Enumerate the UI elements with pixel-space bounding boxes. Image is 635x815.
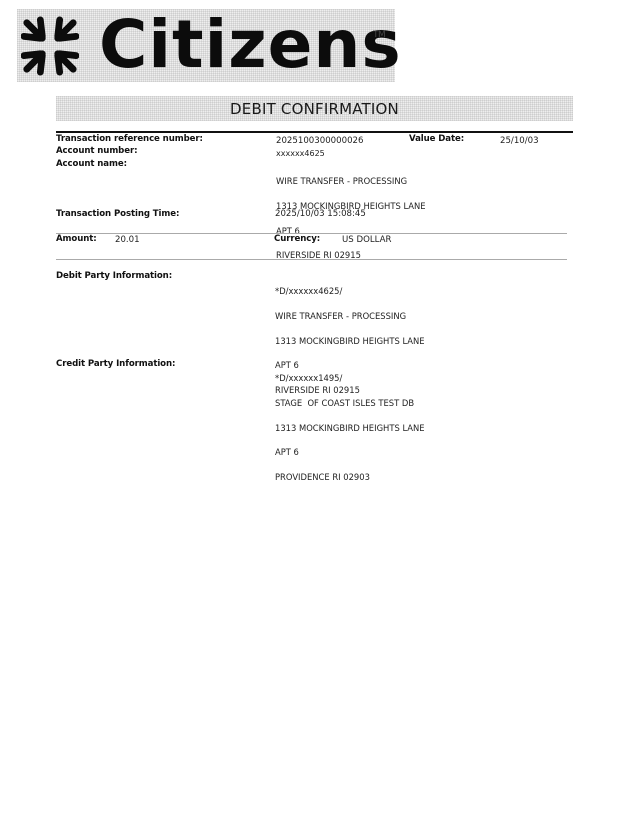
title-band: DEBIT CONFIRMATION (56, 96, 573, 121)
credit-party-value: *D/xxxxxx1495/ STAGE OF COAST ISLES TEST… (275, 358, 425, 489)
logo-wordmark: Citizens (99, 5, 402, 85)
amount-bottom-divider (56, 259, 567, 260)
value-date-value: 25/10/03 (500, 136, 539, 146)
currency-value: US DOLLAR (342, 235, 391, 245)
account-number-label: Account number: (56, 146, 137, 156)
page-title: DEBIT CONFIRMATION (56, 100, 573, 118)
amount-value: 20.01 (115, 235, 140, 245)
credit-party-label: Credit Party Information: (56, 359, 175, 369)
value-date-label: Value Date: (409, 134, 464, 144)
transaction-reference-value: 2025100300000026 (276, 136, 363, 146)
posting-time-label: Transaction Posting Time: (56, 209, 179, 219)
citizens-logo: Citizens TM (17, 9, 395, 82)
header-divider (56, 131, 573, 133)
trademark-symbol: TM (373, 30, 385, 40)
posting-time-value: 2025/10/03 15:08:45 (275, 209, 366, 219)
account-number-value: xxxxxx4625 (276, 149, 325, 158)
debit-party-label: Debit Party Information: (56, 271, 172, 281)
citizens-arrows-logo-icon (21, 16, 79, 76)
transaction-reference-label: Transaction reference number: (56, 134, 203, 144)
currency-label: Currency: (274, 234, 320, 244)
account-name-label: Account name: (56, 159, 127, 169)
amount-label: Amount: (56, 234, 97, 244)
